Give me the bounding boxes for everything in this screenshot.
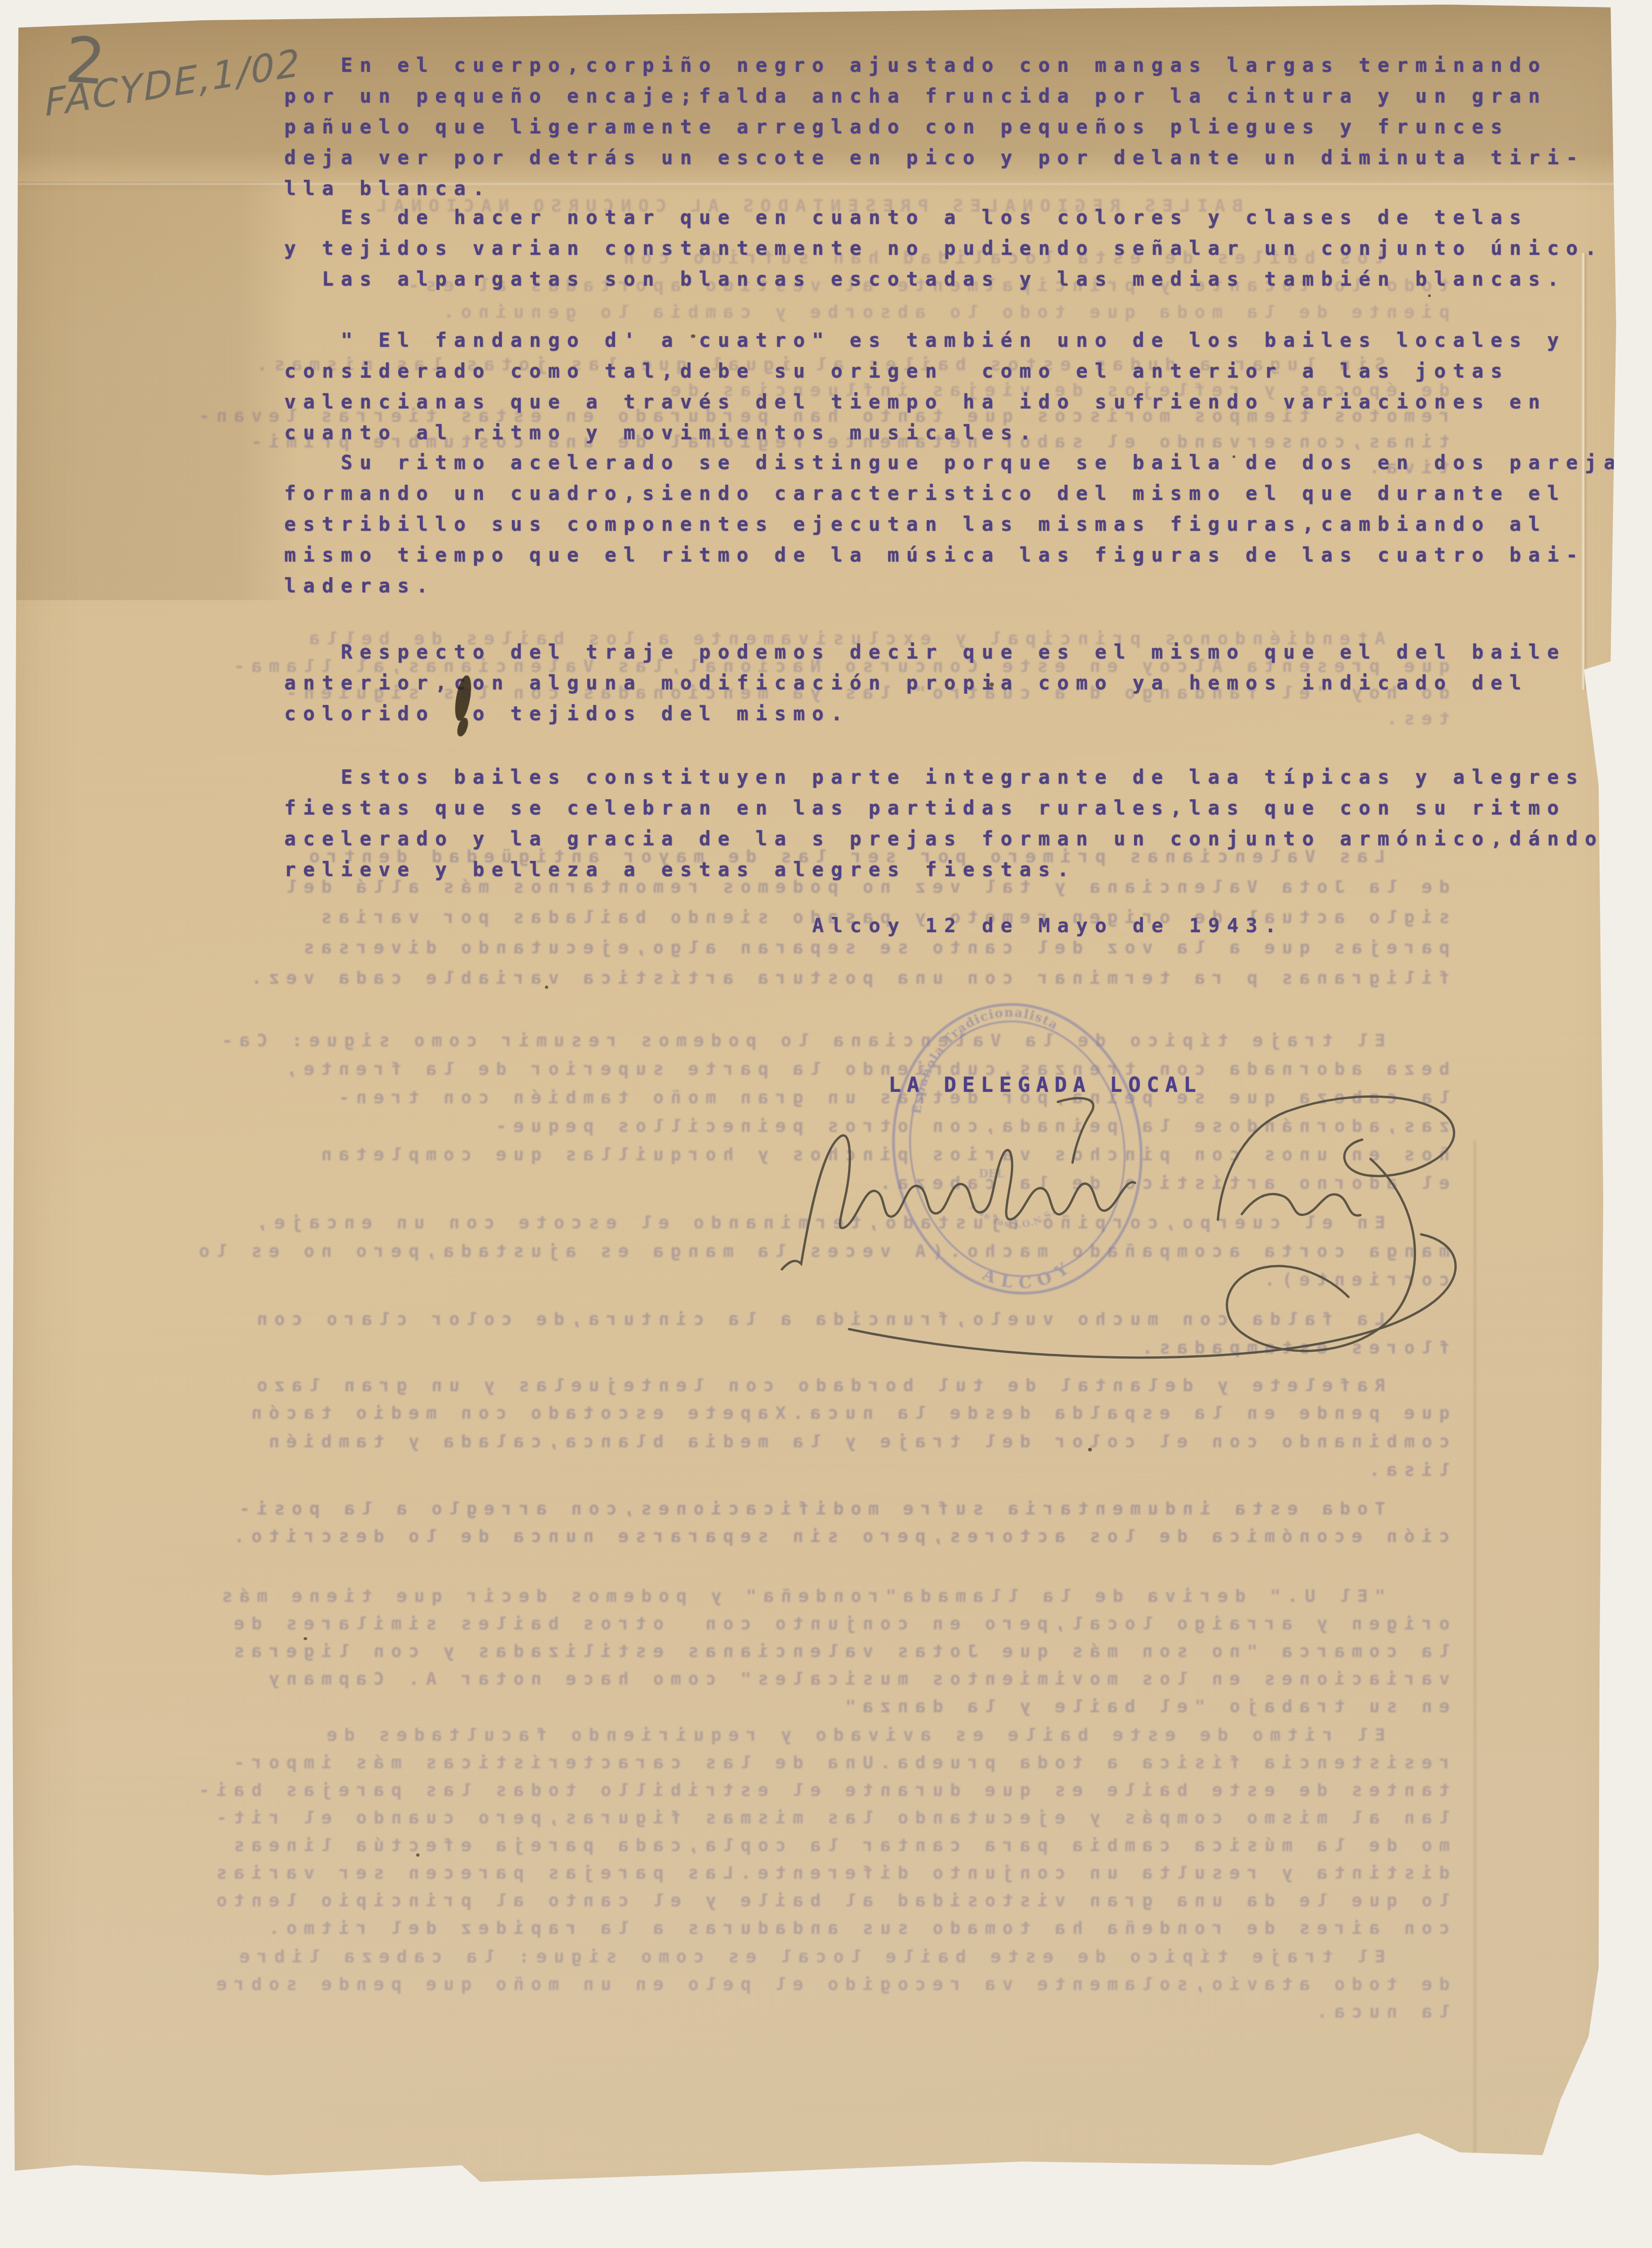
document-page: BAILES REGIONALES PRESENTADOS AL CONCURS… — [11, 4, 1621, 2193]
stamp-signature-overlay: Española Tradicionalista y de las J.O.N.… — [0, 0, 1652, 2248]
stamp-inner-ring — [892, 1006, 1142, 1292]
official-stamp: Española Tradicionalista y de las J.O.N.… — [873, 986, 1162, 1311]
svg-text:ALCOY: ALCOY — [980, 1255, 1078, 1293]
stamp-outer-ring — [873, 986, 1162, 1311]
svg-text:Española Tradicionalista: Española Tradicionalista — [910, 1005, 1061, 1115]
stamp-arc-text-middle: y de las J.O.N.S. — [968, 1199, 1057, 1230]
signature — [782, 1096, 1456, 1358]
stamp-arc-text: Española Tradicionalista — [910, 1005, 1061, 1115]
scan-background: BAILES REGIONALES PRESENTADOS AL CONCURS… — [0, 0, 1652, 2248]
svg-text:y de las J.O.N.S.: y de las J.O.N.S. — [968, 1199, 1057, 1230]
stamp-place-text: ALCOY — [980, 1255, 1078, 1293]
stamp-center-text: DEL — [979, 1167, 1004, 1180]
